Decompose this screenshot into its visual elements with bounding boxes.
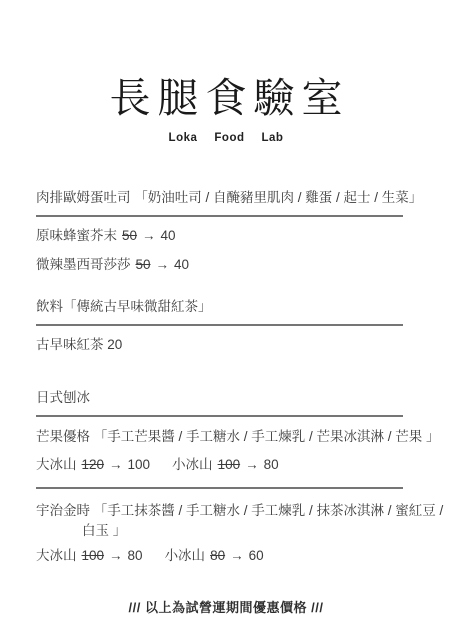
logo: 長腿食驗室 Loka Food Lab (0, 0, 452, 144)
item-price: 20 (107, 337, 122, 352)
section-toast: 肉排歐姆蛋吐司 「奶油吐司 / 自醃豬里肌肉 / 雞蛋 / 起士 / 生菜」 原… (36, 188, 416, 275)
new-price: 100 (128, 457, 151, 472)
section-divider (36, 324, 403, 326)
arrow-icon: → (245, 457, 259, 472)
size-name: 小冰山 (172, 457, 213, 472)
item-uji-matcha-prices: 大冰山100→80小冰山80→60 (36, 546, 416, 566)
menu-body: 肉排歐姆蛋吐司 「奶油吐司 / 自醃豬里肌肉 / 雞蛋 / 起士 / 生菜」 原… (0, 188, 452, 566)
item-name: 古早味紅茶 (36, 337, 104, 352)
arrow-icon: → (142, 228, 156, 243)
item-mango-yogurt-desc: 芒果優格 「手工芒果醬 / 手工糖水 / 手工煉乳 / 芒果冰淇淋 / 芒果 」 (36, 427, 416, 447)
new-price: 40 (174, 257, 189, 272)
item-mexican-salsa: 微辣墨西哥莎莎50→40 (36, 255, 416, 275)
menu-page: 長腿食驗室 Loka Food Lab 肉排歐姆蛋吐司 「奶油吐司 / 自醃豬里… (0, 0, 452, 640)
new-price: 80 (128, 548, 143, 563)
old-price: 100 (82, 548, 105, 563)
item-uji-matcha-desc-line1: 宇治金時 「手工抹茶醬 / 手工糖水 / 手工煉乳 / 抹茶冰淇淋 / 蜜紅豆 … (36, 501, 416, 521)
section-drinks-header: 飲料「傳統古早味微甜紅茶」 (36, 297, 416, 317)
new-price: 60 (249, 548, 264, 563)
old-price: 100 (218, 457, 241, 472)
item-name: 微辣墨西哥莎莎 (36, 257, 131, 272)
old-price: 120 (82, 457, 105, 472)
section-shaved-ice-header: 日式刨冰 (36, 388, 416, 408)
price-group-large: 大冰山100→80 (36, 548, 143, 563)
logo-word-loka: Loka (169, 132, 198, 144)
old-price: 80 (210, 548, 225, 563)
logo-title: 長腿食驗室 (0, 76, 452, 121)
item-uji-matcha-desc-line2: 白玉 」 (82, 521, 416, 541)
item-black-tea: 古早味紅茶 20 (36, 335, 416, 355)
logo-word-lab: Lab (262, 132, 284, 144)
item-mango-yogurt-prices: 大冰山120→100小冰山100→80 (36, 455, 416, 475)
arrow-icon: → (230, 548, 244, 563)
section-divider (36, 487, 403, 489)
logo-word-food: Food (214, 132, 244, 144)
new-price: 80 (264, 457, 279, 472)
new-price: 40 (161, 228, 176, 243)
logo-subtitle: Loka Food Lab (0, 132, 452, 144)
section-divider (36, 215, 403, 217)
arrow-icon: → (109, 457, 123, 472)
old-price: 50 (136, 257, 151, 272)
item-honey-mustard: 原味蜂蜜芥末50→40 (36, 226, 416, 246)
price-group-small: 小冰山100→80 (172, 457, 279, 472)
section-divider (36, 415, 403, 417)
price-group-small: 小冰山80→60 (165, 548, 264, 563)
old-price: 50 (122, 228, 137, 243)
arrow-icon: → (109, 548, 123, 563)
arrow-icon: → (156, 257, 170, 272)
section-drinks: 飲料「傳統古早味微甜紅茶」 古早味紅茶 20 (36, 297, 416, 355)
size-name: 大冰山 (36, 457, 77, 472)
footer-note: /// 以上為試營運期間優惠價格 /// (0, 597, 452, 616)
section-toast-header: 肉排歐姆蛋吐司 「奶油吐司 / 自醃豬里肌肉 / 雞蛋 / 起士 / 生菜」 (36, 188, 416, 208)
price-group-large: 大冰山120→100 (36, 457, 150, 472)
size-name: 大冰山 (36, 548, 77, 563)
section-shaved-ice: 日式刨冰 芒果優格 「手工芒果醬 / 手工糖水 / 手工煉乳 / 芒果冰淇淋 /… (36, 388, 416, 566)
item-name: 原味蜂蜜芥末 (36, 228, 117, 243)
size-name: 小冰山 (165, 548, 206, 563)
